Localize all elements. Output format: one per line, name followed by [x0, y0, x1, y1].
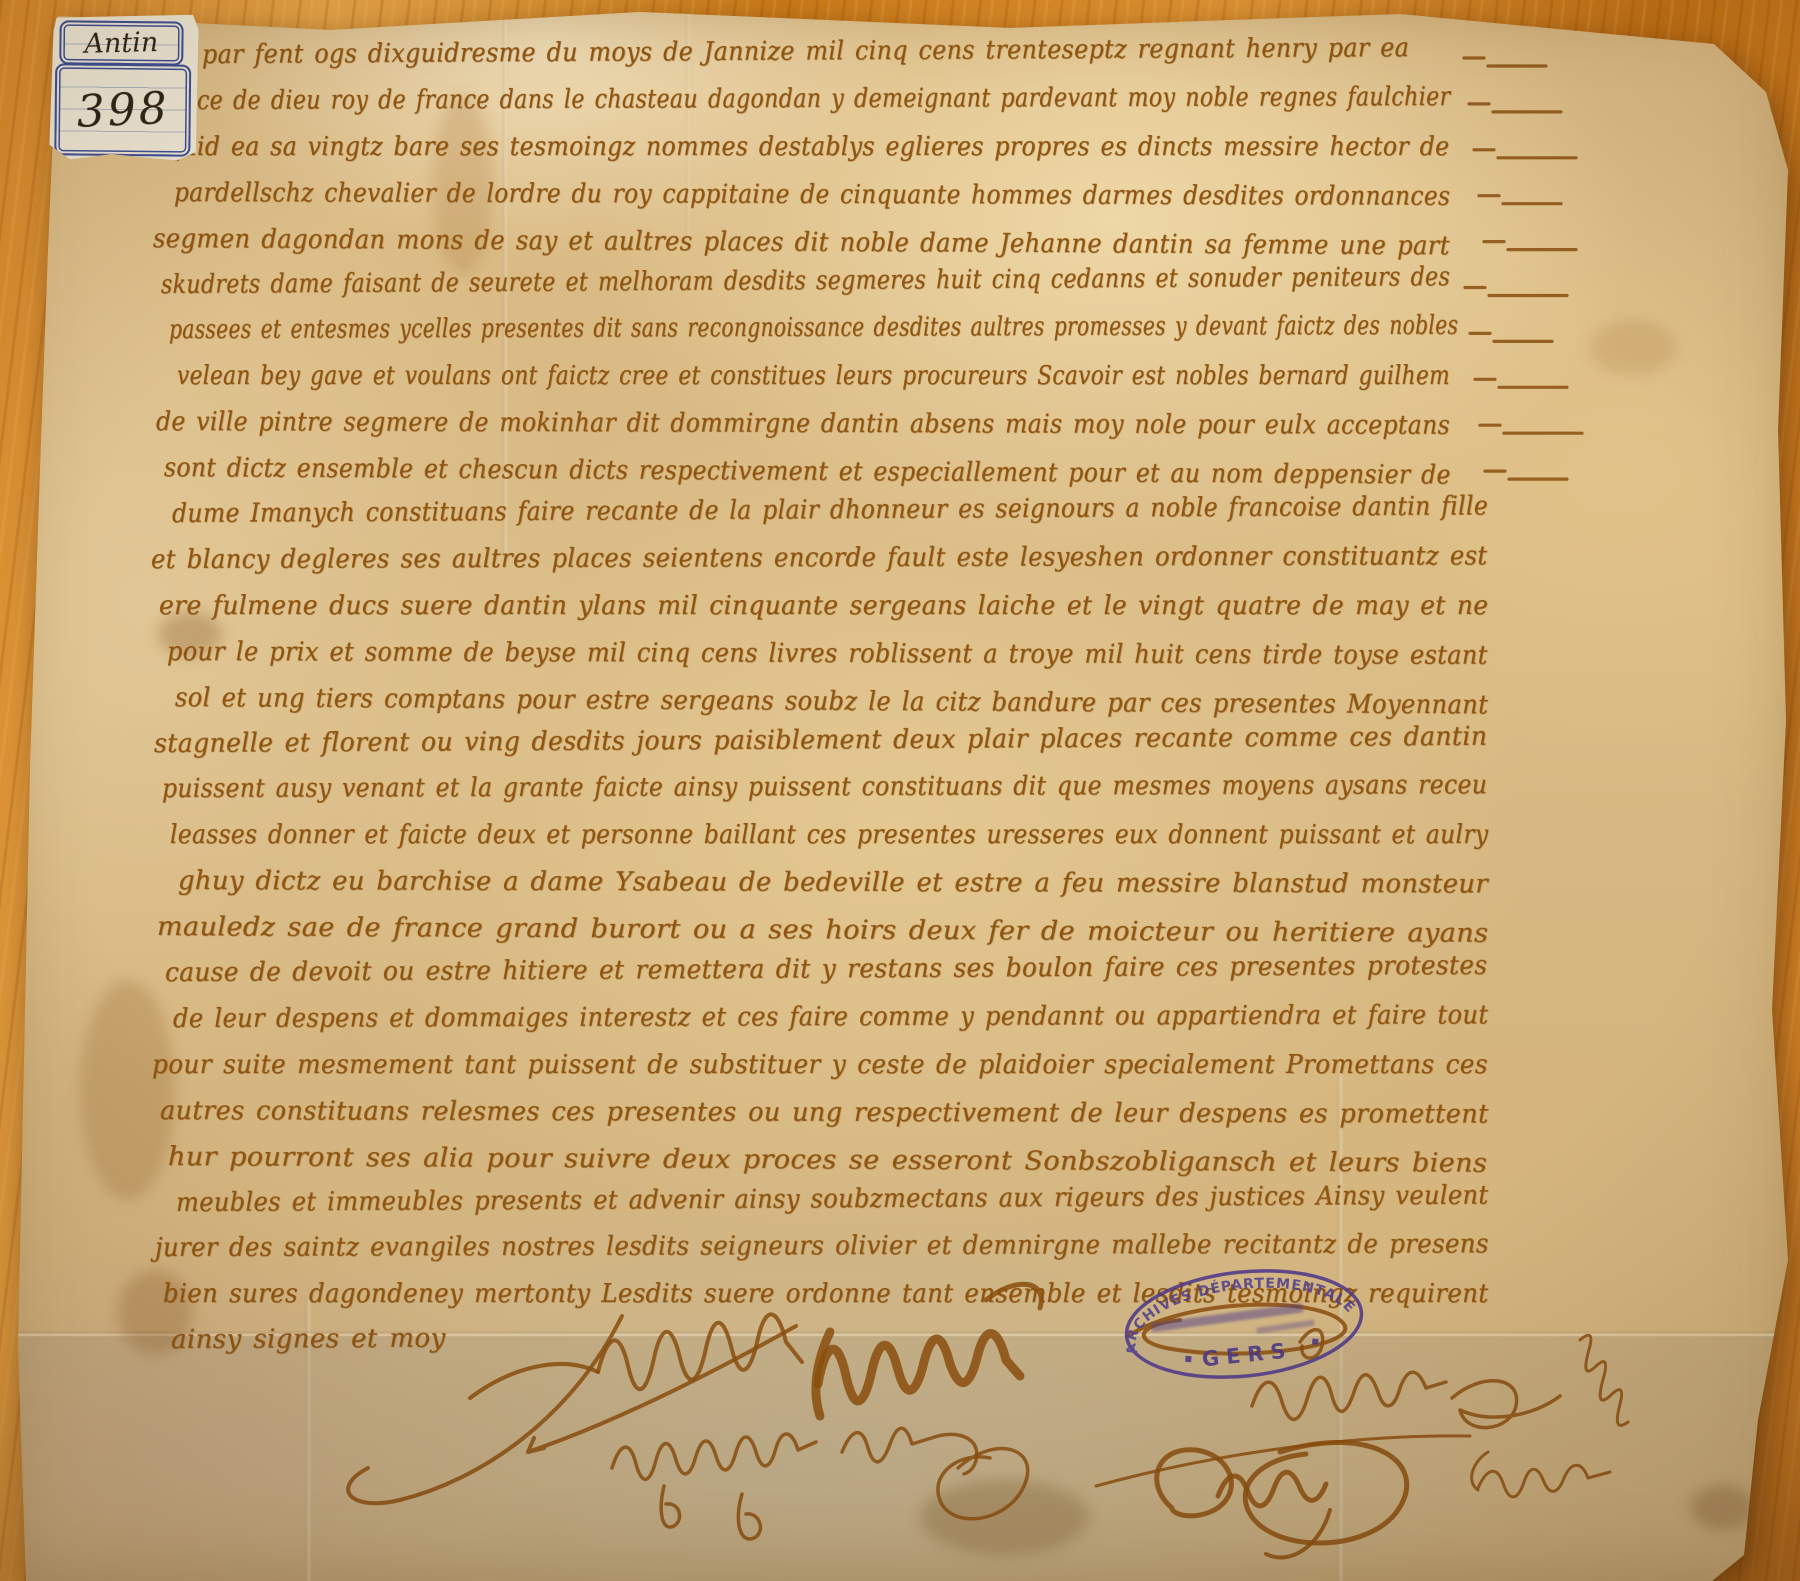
manuscript-line: ghuy dictz eu barchise a dame Ysabeau de… — [178, 866, 1488, 899]
label-number-box: 398 — [54, 63, 191, 156]
archival-label: Antin 398 — [49, 13, 199, 161]
manuscript-line: bien sures dagondeney mertonty Lesdits s… — [163, 1279, 1489, 1309]
manuscript-line: mauledz sae de france grand burort ou a … — [157, 912, 1489, 949]
manuscript-line: pour le prix et somme de beyse mil cinq … — [167, 637, 1488, 671]
manuscript-line: de ville pintre segmere de mokinhar dit … — [156, 407, 1450, 441]
manuscript-line: quid ea sa vingtz bare ses tesmoingz nom… — [166, 132, 1449, 162]
manuscript-line: leasses donner et faicte deux et personn… — [170, 820, 1488, 850]
label-number-text: 398 — [75, 83, 170, 138]
manuscript-line: jurer des saintz evangiles nostres lesdi… — [155, 1230, 1489, 1264]
manuscript-line: par fent ogs dixguidresme du moys de Jan… — [202, 33, 1409, 70]
manuscript-line: grace de dieu roy de france dans le chas… — [158, 82, 1451, 116]
manuscript-text-block: par fent ogs dixguidresme du moys de Jan… — [0, 0, 1800, 1581]
manuscript-line: puissent ausy venant et la grante faicte… — [162, 771, 1487, 805]
manuscript-line: stagnelle et florent ou ving desdits jou… — [154, 721, 1488, 758]
manuscript-line: passees et entesmes ycelles presentes di… — [169, 311, 1458, 345]
manuscript-line: velean bey gave et voulans ont faictz cr… — [177, 361, 1450, 391]
manuscript-line: ere fulmene ducs suere dantin ylans mil … — [159, 591, 1488, 621]
manuscript-line: segmen dagondan mons de say et aultres p… — [153, 224, 1450, 261]
manuscript-line: autres constituans relesmes ces presente… — [160, 1096, 1489, 1130]
manuscript-line: cause de devoit ou estre hitiere et reme… — [165, 951, 1488, 988]
parchment-document: par fent ogs dixguidresme du moys de Jan… — [0, 0, 1800, 1581]
manuscript-line: sol et ung tiers comptans pour estre ser… — [175, 683, 1488, 720]
manuscript-line: de leur despens et dommaiges interestz e… — [173, 1000, 1489, 1034]
manuscript-line: dume Imanych constituans faire recante d… — [172, 491, 1488, 529]
manuscript-line: sont dictz ensemble et chescun dicts res… — [164, 453, 1451, 490]
label-series-text: Antin — [84, 27, 159, 60]
manuscript-line: hur pourront ses alia pour suivre deux p… — [168, 1142, 1487, 1179]
manuscript-line: meubles et immeubles presents et advenir… — [176, 1180, 1489, 1217]
manuscript-line: pour suite mesmement tant puissent de su… — [152, 1050, 1488, 1080]
photo-of-parchment: par fent ogs dixguidresme du moys de Jan… — [0, 0, 1800, 1581]
manuscript-line: et blancy degleres ses aultres places se… — [151, 541, 1488, 575]
label-series-box: Antin — [59, 20, 183, 65]
manuscript-line: ainsy signes et moy — [171, 1324, 446, 1355]
manuscript-line: pardellschz chevalier de lordre du roy c… — [174, 178, 1450, 212]
manuscript-line: skudrets dame faisant de seurete et melh… — [161, 262, 1450, 300]
